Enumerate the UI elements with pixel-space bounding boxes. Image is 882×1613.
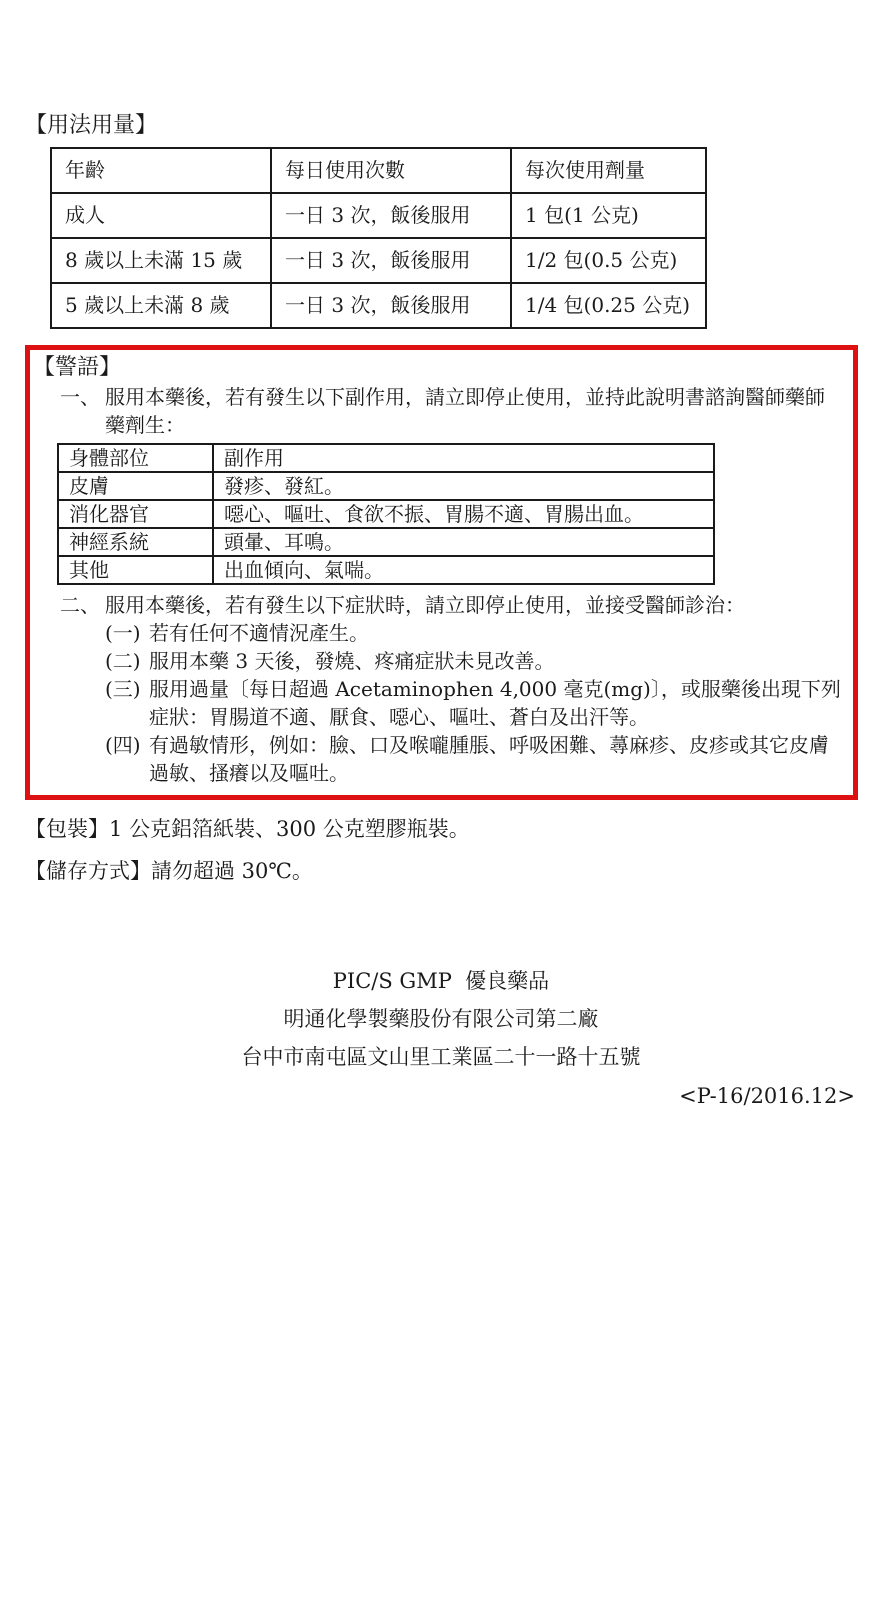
side-effects-cell-body-part: 神經系統 [58,528,213,556]
side-effects-header-row: 身體部位 副作用 [58,444,714,472]
warning-subitem-2: (二) 服用本藥 3 天後，發燒、疼痛症狀未見改善。 [105,647,844,675]
warning-subitem-1-text: 若有任何不適情況產生。 [149,619,844,647]
side-effects-cell-effect: 發疹、發紅。 [213,472,714,500]
side-effects-row-nervous: 神經系統 頭暈、耳鳴。 [58,528,714,556]
warning-item-1-text: 服用本藥後，若有發生以下副作用，請立即停止使用，並持此說明書諮詢醫師藥師藥劑生： [105,383,844,439]
side-effects-header-body-part: 身體部位 [58,444,213,472]
dosage-header-age: 年齡 [51,148,271,193]
dosage-header-dose: 每次使用劑量 [511,148,706,193]
warning-subitem-2-label: (二) [105,647,149,675]
footer-certification: PIC/S GMP 優良藥品 [0,966,882,996]
usage-section-title: 【用法用量】 [25,113,882,139]
warning-box: 【警語】 一、 服用本藥後，若有發生以下副作用，請立即停止使用，並持此說明書諮詢… [25,345,858,800]
warning-section-title: 【警語】 [33,355,844,381]
dosage-header-row: 年齡 每日使用次數 每次使用劑量 [51,148,706,193]
dosage-cell-frequency: 一日 3 次，飯後服用 [271,238,511,283]
warning-subitem-3-label: (三) [105,675,149,731]
dosage-cell-dose: 1/2 包(0.5 公克) [511,238,706,283]
side-effects-cell-effect: 頭暈、耳鳴。 [213,528,714,556]
dosage-row-5to8: 5 歲以上未滿 8 歲 一日 3 次，飯後服用 1/4 包(0.25 公克) [51,283,706,328]
warning-item-2: 二、 服用本藥後，若有發生以下症狀時，請立即停止使用，並接受醫師診治： [60,591,844,619]
footer-doc-code: <P-16/2016.12> [0,1081,882,1111]
dosage-header-frequency: 每日使用次數 [271,148,511,193]
warning-subitem-2-text: 服用本藥 3 天後，發燒、疼痛症狀未見改善。 [149,647,844,675]
packaging-line: 【包裝】1 公克鋁箔紙裝、300 公克塑膠瓶裝。 [25,814,882,844]
side-effects-cell-body-part: 消化器官 [58,500,213,528]
warning-subitem-3-text: 服用過量〔每日超過 Acetaminophen 4,000 毫克(mg)〕，或服… [149,675,844,731]
warning-subitem-4: (四) 有過敏情形，例如：臉、口及喉嚨腫脹、呼吸困難、蕁麻疹、皮疹或其它皮膚過敏… [105,731,844,787]
side-effects-header-effect: 副作用 [213,444,714,472]
warning-subitem-4-text: 有過敏情形，例如：臉、口及喉嚨腫脹、呼吸困難、蕁麻疹、皮疹或其它皮膚過敏、搔癢以… [149,731,844,787]
storage-line: 【儲存方式】請勿超過 30℃。 [25,856,882,886]
side-effects-row-other: 其他 出血傾向、氣喘。 [58,556,714,584]
dosage-row-8to15: 8 歲以上未滿 15 歲 一日 3 次，飯後服用 1/2 包(0.5 公克) [51,238,706,283]
footer-company: 明通化學製藥股份有限公司第二廠 [0,1004,882,1034]
warning-subitem-1-label: (一) [105,619,149,647]
side-effects-row-skin: 皮膚 發疹、發紅。 [58,472,714,500]
dosage-cell-age: 8 歲以上未滿 15 歲 [51,238,271,283]
warning-subitem-1: (一) 若有任何不適情況產生。 [105,619,844,647]
side-effects-cell-effect: 噁心、嘔吐、食欲不振、胃腸不適、胃腸出血。 [213,500,714,528]
warning-item-2-label: 二、 [60,591,105,619]
warning-item-2-text: 服用本藥後，若有發生以下症狀時，請立即停止使用，並接受醫師診治： [105,591,844,619]
side-effects-cell-effect: 出血傾向、氣喘。 [213,556,714,584]
dosage-cell-age: 5 歲以上未滿 8 歲 [51,283,271,328]
dosage-cell-frequency: 一日 3 次，飯後服用 [271,283,511,328]
warning-item-1: 一、 服用本藥後，若有發生以下副作用，請立即停止使用，並持此說明書諮詢醫師藥師藥… [60,383,844,439]
leaflet-page: 【用法用量】 年齡 每日使用次數 每次使用劑量 成人 一日 3 次，飯後服用 1… [0,113,882,1613]
side-effects-table: 身體部位 副作用 皮膚 發疹、發紅。 消化器官 噁心、嘔吐、食欲不振、胃腸不適、… [57,443,715,585]
dosage-row-adult: 成人 一日 3 次，飯後服用 1 包(1 公克) [51,193,706,238]
side-effects-row-digestive: 消化器官 噁心、嘔吐、食欲不振、胃腸不適、胃腸出血。 [58,500,714,528]
dosage-cell-dose: 1/4 包(0.25 公克) [511,283,706,328]
dosage-table: 年齡 每日使用次數 每次使用劑量 成人 一日 3 次，飯後服用 1 包(1 公克… [50,147,707,329]
side-effects-cell-body-part: 其他 [58,556,213,584]
warning-subitem-3: (三) 服用過量〔每日超過 Acetaminophen 4,000 毫克(mg)… [105,675,844,731]
warning-subitem-4-label: (四) [105,731,149,787]
dosage-cell-age: 成人 [51,193,271,238]
dosage-cell-dose: 1 包(1 公克) [511,193,706,238]
warning-item-1-label: 一、 [60,383,105,439]
footer-address: 台中市南屯區文山里工業區二十一路十五號 [0,1042,882,1072]
dosage-cell-frequency: 一日 3 次，飯後服用 [271,193,511,238]
side-effects-cell-body-part: 皮膚 [58,472,213,500]
